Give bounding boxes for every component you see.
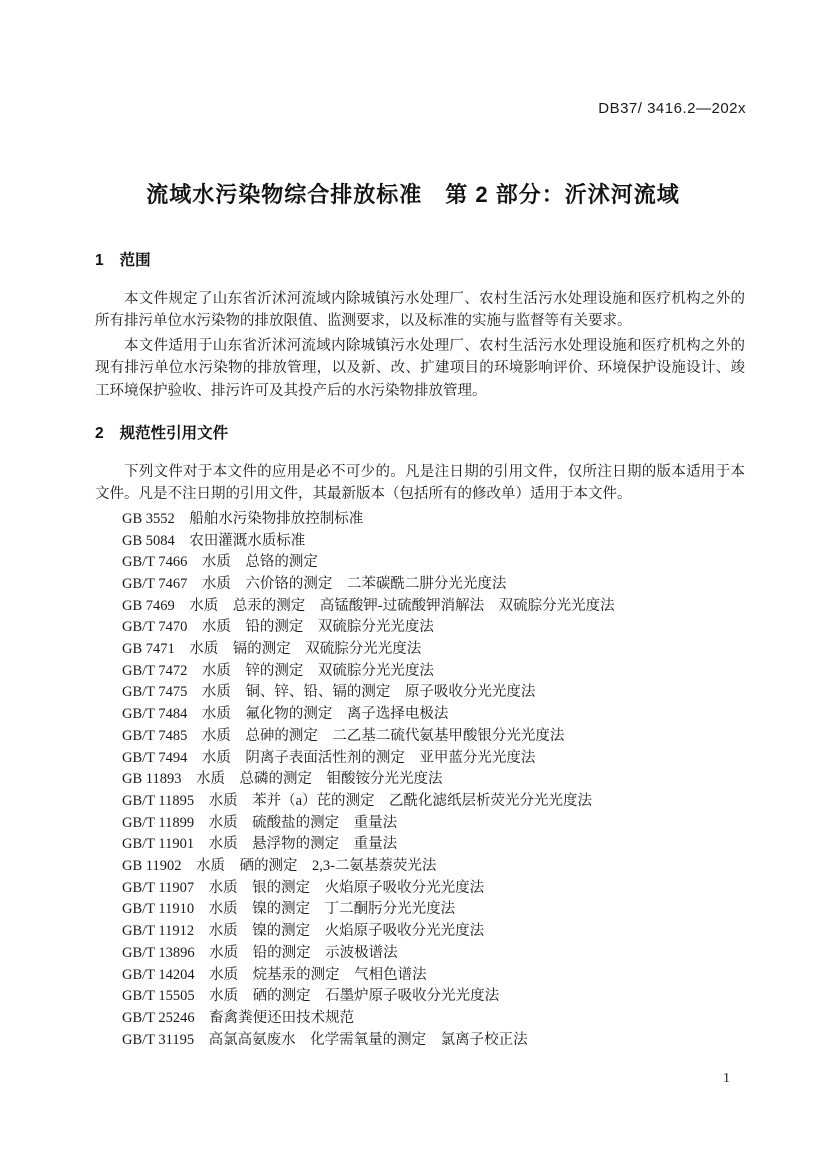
section-scope: 1范围 本文件规定了山东省沂沭河流域内除城镇污水处理厂、农村生活污水处理设施和医… <box>95 251 745 402</box>
reference-item: GB/T 11912 水质 镍的测定 火焰原子吸收分光光度法 <box>122 921 745 943</box>
reference-item: GB/T 31195 高氯高氨废水 化学需氧量的测定 氯离子校正法 <box>122 1030 745 1052</box>
document-title: 流域水污染物综合排放标准 第 2 部分：沂沭河流域 <box>0 178 826 209</box>
scope-paragraph-1: 本文件规定了山东省沂沭河流域内除城镇污水处理厂、农村生活污水处理设施和医疗机构之… <box>95 288 745 333</box>
section-2-title: 规范性引用文件 <box>120 425 229 442</box>
section-2-number: 2 <box>95 424 104 444</box>
reference-item: GB/T 7475 水质 铜、锌、铅、镉的测定 原子吸收分光光度法 <box>122 682 745 704</box>
reference-item: GB/T 7484 水质 氟化物的测定 离子选择电极法 <box>122 704 745 726</box>
reference-item: GB/T 15505 水质 硒的测定 石墨炉原子吸收分光光度法 <box>122 986 745 1008</box>
reference-item: GB/T 7485 水质 总砷的测定 二乙基二硫代氨基甲酸银分光光度法 <box>122 726 745 748</box>
section-2-heading: 2规范性引用文件 <box>95 424 745 444</box>
page-number: 1 <box>723 1071 730 1087</box>
reference-item: GB/T 11901 水质 悬浮物的测定 重量法 <box>122 834 745 856</box>
section-1-heading: 1范围 <box>95 251 745 271</box>
reference-item: GB 7469 水质 总汞的测定 高锰酸钾-过硫酸钾消解法 双硫腙分光光度法 <box>122 596 745 618</box>
reference-item: GB/T 11907 水质 银的测定 火焰原子吸收分光光度法 <box>122 878 745 900</box>
reference-item: GB 5084 农田灌溉水质标准 <box>122 531 745 553</box>
reference-item: GB 11893 水质 总磷的测定 钼酸铵分光光度法 <box>122 769 745 791</box>
reference-item: GB/T 11910 水质 镍的测定 丁二酮肟分光光度法 <box>122 899 745 921</box>
document-header: DB37/ 3416.2—202x <box>95 100 746 117</box>
reference-item: GB 11902 水质 硒的测定 2,3-二氨基萘荧光法 <box>122 856 745 878</box>
reference-item: GB/T 13896 水质 铅的测定 示波极谱法 <box>122 943 745 965</box>
reference-item: GB 7471 水质 镉的测定 双硫腙分光光度法 <box>122 639 745 661</box>
reference-item: GB/T 7494 水质 阴离子表面活性剂的测定 亚甲蓝分光光度法 <box>122 748 745 770</box>
reference-item: GB/T 25246 畜禽粪便还田技术规范 <box>122 1008 745 1030</box>
standard-number: DB37/ 3416.2—202x <box>598 100 746 117</box>
reference-item: GB/T 7472 水质 锌的测定 双硫腙分光光度法 <box>122 661 745 683</box>
document-page: DB37/ 3416.2—202x 流域水污染物综合排放标准 第 2 部分：沂沭… <box>0 0 826 1169</box>
section-normative-references: 2规范性引用文件 下列文件对于本文件的应用是必不可少的。凡是注日期的引用文件，仅… <box>95 424 745 1051</box>
reference-item: GB 3552 船舶水污染物排放控制标准 <box>122 509 745 531</box>
section-1-number: 1 <box>95 251 104 271</box>
section-1-title: 范围 <box>120 252 151 269</box>
reference-item: GB/T 7470 水质 铅的测定 双硫腙分光光度法 <box>122 617 745 639</box>
references-intro: 下列文件对于本文件的应用是必不可少的。凡是注日期的引用文件，仅所注日期的版本适用… <box>95 461 745 506</box>
reference-list: GB 3552 船舶水污染物排放控制标准 GB 5084 农田灌溉水质标准 GB… <box>95 509 745 1052</box>
scope-paragraph-2: 本文件适用于山东省沂沭河流域内除城镇污水处理厂、农村生活污水处理设施和医疗机构之… <box>95 335 745 402</box>
reference-item: GB/T 11895 水质 苯并（a）芘的测定 乙酰化滤纸层析荧光分光光度法 <box>122 791 745 813</box>
reference-item: GB/T 11899 水质 硫酸盐的测定 重量法 <box>122 813 745 835</box>
reference-item: GB/T 7467 水质 六价铬的测定 二苯碳酰二肼分光光度法 <box>122 574 745 596</box>
reference-item: GB/T 14204 水质 烷基汞的测定 气相色谱法 <box>122 965 745 987</box>
reference-item: GB/T 7466 水质 总铬的测定 <box>122 552 745 574</box>
